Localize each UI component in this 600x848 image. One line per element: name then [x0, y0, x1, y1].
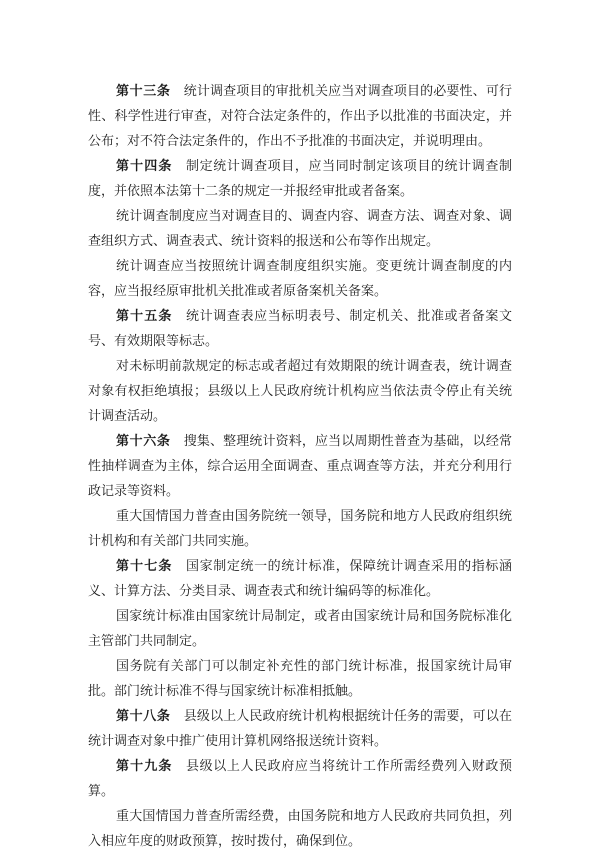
- paragraph: 第十九条 县级以上人民政府应当将统计工作所需经费列入财政预算。: [88, 753, 512, 803]
- paragraph-text: 对未标明前款规定的标志或者超过有效期限的统计调查表，统计调查对象有权拒绝填报；县…: [88, 358, 512, 423]
- paragraph: 国务院有关部门可以制定补充性的部门统计标准，报国家统计局审批。部门统计标准不得与…: [88, 653, 512, 703]
- paragraph: 第十八条 县级以上人民政府统计机构根据统计任务的需要，可以在统计调查对象中推广使…: [88, 703, 512, 753]
- paragraph: 第十七条 国家制定统一的统计标准，保障统计调查采用的指标涵义、计算方法、分类目录…: [88, 553, 512, 603]
- paragraph: 统计调查制度应当对调查目的、调查内容、调查方法、调查对象、调查组织方式、调查表式…: [88, 203, 512, 253]
- article-number: 第十六条: [116, 433, 171, 448]
- paragraph: 第十四条 制定统计调查项目，应当同时制定该项目的统计调查制度，并依照本法第十二条…: [88, 153, 512, 203]
- paragraph: 第十三条 统计调查项目的审批机关应当对调查项目的必要性、可行性、科学性进行审查，…: [88, 78, 512, 153]
- document-body: 第十三条 统计调查项目的审批机关应当对调查项目的必要性、可行性、科学性进行审查，…: [88, 78, 512, 848]
- document-page: 第十三条 统计调查项目的审批机关应当对调查项目的必要性、可行性、科学性进行审查，…: [0, 0, 600, 848]
- article-number: 第十五条: [116, 308, 172, 323]
- paragraph: 第十六条 搜集、整理统计资料，应当以周期性普查为基础，以经常性抽样调查为主体，综…: [88, 428, 512, 503]
- paragraph: 国家统计标准由国家统计局制定，或者由国家统计局和国务院标准化主管部门共同制定。: [88, 603, 512, 653]
- article-number: 第十九条: [116, 758, 172, 773]
- paragraph-text: 重大国情国力普查所需经费，由国务院和地方人民政府共同负担，列入相应年度的财政预算…: [88, 808, 512, 848]
- paragraph-text: 统计调查制度应当对调查目的、调查内容、调查方法、调查对象、调查组织方式、调查表式…: [88, 208, 512, 248]
- paragraph: 统计调查应当按照统计调查制度组织实施。变更统计调查制度的内容，应当报经原审批机关…: [88, 253, 512, 303]
- paragraph-text: 国务院有关部门可以制定补充性的部门统计标准，报国家统计局审批。部门统计标准不得与…: [88, 658, 512, 698]
- paragraph-text: 统计调查应当按照统计调查制度组织实施。变更统计调查制度的内容，应当报经原审批机关…: [88, 258, 512, 298]
- article-number: 第十四条: [116, 158, 172, 173]
- paragraph-text: 国家统计标准由国家统计局制定，或者由国家统计局和国务院标准化主管部门共同制定。: [88, 608, 512, 648]
- article-number: 第十八条: [116, 708, 171, 723]
- paragraph: 重大国情国力普查所需经费，由国务院和地方人民政府共同负担，列入相应年度的财政预算…: [88, 803, 512, 848]
- paragraph: 第十五条 统计调查表应当标明表号、制定机关、批准或者备案文号、有效期限等标志。: [88, 303, 512, 353]
- paragraph-text: 重大国情国力普查由国务院统一领导，国务院和地方人民政府组织统计机构和有关部门共同…: [88, 508, 512, 548]
- paragraph: 重大国情国力普查由国务院统一领导，国务院和地方人民政府组织统计机构和有关部门共同…: [88, 503, 512, 553]
- article-number: 第十七条: [116, 558, 172, 573]
- paragraph: 对未标明前款规定的标志或者超过有效期限的统计调查表，统计调查对象有权拒绝填报；县…: [88, 353, 512, 428]
- article-number: 第十三条: [116, 83, 171, 98]
